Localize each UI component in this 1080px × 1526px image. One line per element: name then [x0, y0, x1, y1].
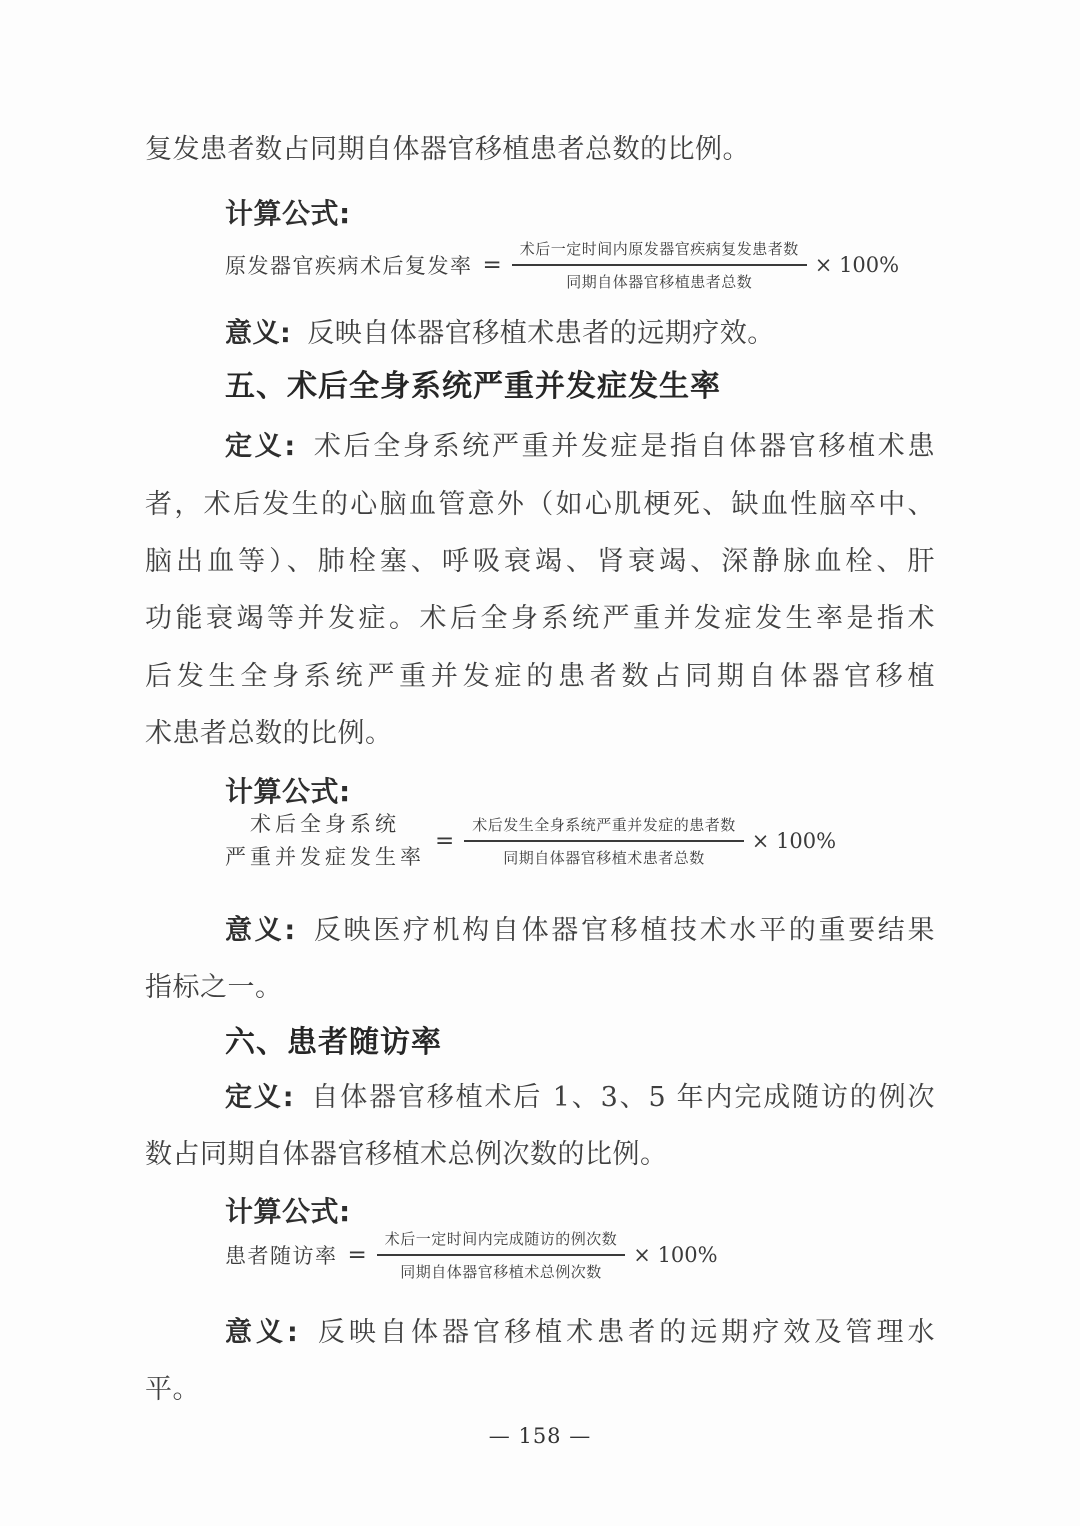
fraction-denominator: 同期自体器官移植患者总数: [566, 266, 752, 292]
definition-text: 术患者总数的比例。: [145, 718, 393, 749]
calc-formula-label-text: 计算公式:: [225, 775, 351, 808]
page-number: — 158 —: [0, 1424, 1080, 1448]
definition-text: 术后全身系统严重并发症是指自体器官移植术患: [312, 431, 935, 462]
intro-text: 复发患者数占同期自体器官移植患者总数的比例。: [145, 134, 750, 165]
formula-lhs-line1: 术后全身系统: [250, 808, 400, 841]
meaning-label: 意义:: [225, 1317, 298, 1348]
calc-formula-label-2: 计算公式:: [145, 774, 935, 811]
fraction-numerator: 术后发生全身系统严重并发症的患者数: [464, 814, 744, 842]
meaning-line-sec4: 意义:反映自体器官移植术患者的远期疗效。: [145, 316, 935, 352]
meaning-text: 反映医疗机构自体器官移植技术水平的重要结果: [312, 915, 935, 946]
formula-followup-rate: 患者随访率 = 术后一定时间内完成随访的例次数 同期自体器官移植术总例次数 × …: [225, 1228, 718, 1282]
meaning-text: 指标之一。: [145, 972, 283, 1003]
meaning-line-sec5: 指标之一。: [145, 970, 935, 1006]
formula-lhs: 原发器官疾病术后复发率: [225, 250, 473, 280]
meaning-label: 意义:: [225, 318, 291, 349]
equals-sign: =: [435, 828, 454, 854]
meaning-label: 意义:: [225, 915, 296, 946]
meaning-line-sec6: 意义:反映自体器官移植术患者的远期疗效及管理水: [145, 1315, 935, 1351]
definition-line: 后发生全身系统严重并发症的患者数占同期自体器官移植: [145, 659, 935, 695]
formula-relapse-rate: 原发器官疾病术后复发率 = 术后一定时间内原发器官疾病复发患者数 同期自体器官移…: [225, 238, 899, 292]
intro-line: 复发患者数占同期自体器官移植患者总数的比例。: [145, 132, 935, 168]
definition-label: 定义:: [225, 1082, 294, 1113]
definition-line: 脑出血等）、肺栓塞、呼吸衰竭、肾衰竭、深静脉血栓、肝: [145, 544, 935, 580]
fraction: 术后一定时间内完成随访的例次数 同期自体器官移植术总例次数: [377, 1228, 626, 1282]
equals-sign: =: [348, 1242, 367, 1268]
definition-text: 数占同期自体器官移植术总例次数的比例。: [145, 1139, 668, 1170]
calc-formula-label-1: 计算公式:: [145, 196, 935, 233]
meaning-text: 反映自体器官移植术患者的远期疗效。: [307, 318, 775, 349]
definition-text: 自体器官移植术后 1、3、5 年内完成随访的例次: [310, 1082, 935, 1113]
definition-text: 者，术后发生的心脑血管意外（如心肌梗死、缺血性脑卒中、: [145, 489, 935, 520]
equals-sign: =: [483, 252, 502, 278]
calc-formula-label-text: 计算公式:: [225, 1195, 351, 1228]
formula-lhs: 术后全身系统 严重并发症发生率: [225, 808, 425, 874]
definition-line: 功能衰竭等并发症。术后全身系统严重并发症发生率是指术: [145, 601, 935, 637]
fraction-numerator: 术后一定时间内原发器官疾病复发患者数: [512, 238, 807, 266]
fraction: 术后发生全身系统严重并发症的患者数 同期自体器官移植术患者总数: [464, 814, 744, 868]
meaning-line-sec6: 平。: [145, 1372, 935, 1408]
section6-heading-text: 六、患者随访率: [225, 1025, 442, 1060]
definition-line: 者，术后发生的心脑血管意外（如心肌梗死、缺血性脑卒中、: [145, 487, 935, 523]
formula-lhs-line2: 严重并发症发生率: [225, 841, 425, 874]
meaning-text: 平。: [145, 1374, 200, 1405]
fraction-denominator: 同期自体器官移植术总例次数: [400, 1256, 602, 1282]
definition-text: 功能衰竭等并发症。术后全身系统严重并发症发生率是指术: [145, 603, 935, 634]
fraction-numerator: 术后一定时间内完成随访的例次数: [377, 1228, 626, 1256]
definition-text: 脑出血等）、肺栓塞、呼吸衰竭、肾衰竭、深静脉血栓、肝: [145, 546, 935, 577]
section5-heading-text: 五、术后全身系统严重并发症发生率: [225, 369, 721, 404]
formula-complication-rate: 术后全身系统 严重并发症发生率 = 术后发生全身系统严重并发症的患者数 同期自体…: [225, 808, 836, 874]
fraction-denominator: 同期自体器官移植术患者总数: [503, 842, 705, 868]
formula-lhs: 患者随访率: [225, 1240, 338, 1270]
definition-line: 术患者总数的比例。: [145, 716, 935, 752]
definition-line: 数占同期自体器官移植术总例次数的比例。: [145, 1137, 935, 1173]
definition-text: 后发生全身系统严重并发症的患者数占同期自体器官移植: [145, 661, 935, 692]
document-page: 复发患者数占同期自体器官移植患者总数的比例。 计算公式: 原发器官疾病术后复发率…: [0, 0, 1080, 1526]
calc-formula-label-text: 计算公式:: [225, 197, 351, 230]
section6-heading: 六、患者随访率: [145, 1025, 935, 1061]
definition-line: 定义:术后全身系统严重并发症是指自体器官移植术患: [145, 429, 935, 465]
multiplier: × 100%: [752, 829, 836, 853]
meaning-line-sec5: 意义:反映医疗机构自体器官移植技术水平的重要结果: [145, 913, 935, 949]
multiplier: × 100%: [815, 253, 899, 277]
fraction: 术后一定时间内原发器官疾病复发患者数 同期自体器官移植患者总数: [512, 238, 807, 292]
definition-line: 定义:自体器官移植术后 1、3、5 年内完成随访的例次: [145, 1080, 935, 1116]
section5-heading: 五、术后全身系统严重并发症发生率: [145, 369, 935, 405]
meaning-text: 反映自体器官移植术患者的远期疗效及管理水: [314, 1317, 935, 1348]
calc-formula-label-3: 计算公式:: [145, 1194, 935, 1231]
definition-label: 定义:: [225, 431, 296, 462]
multiplier: × 100%: [633, 1243, 717, 1267]
